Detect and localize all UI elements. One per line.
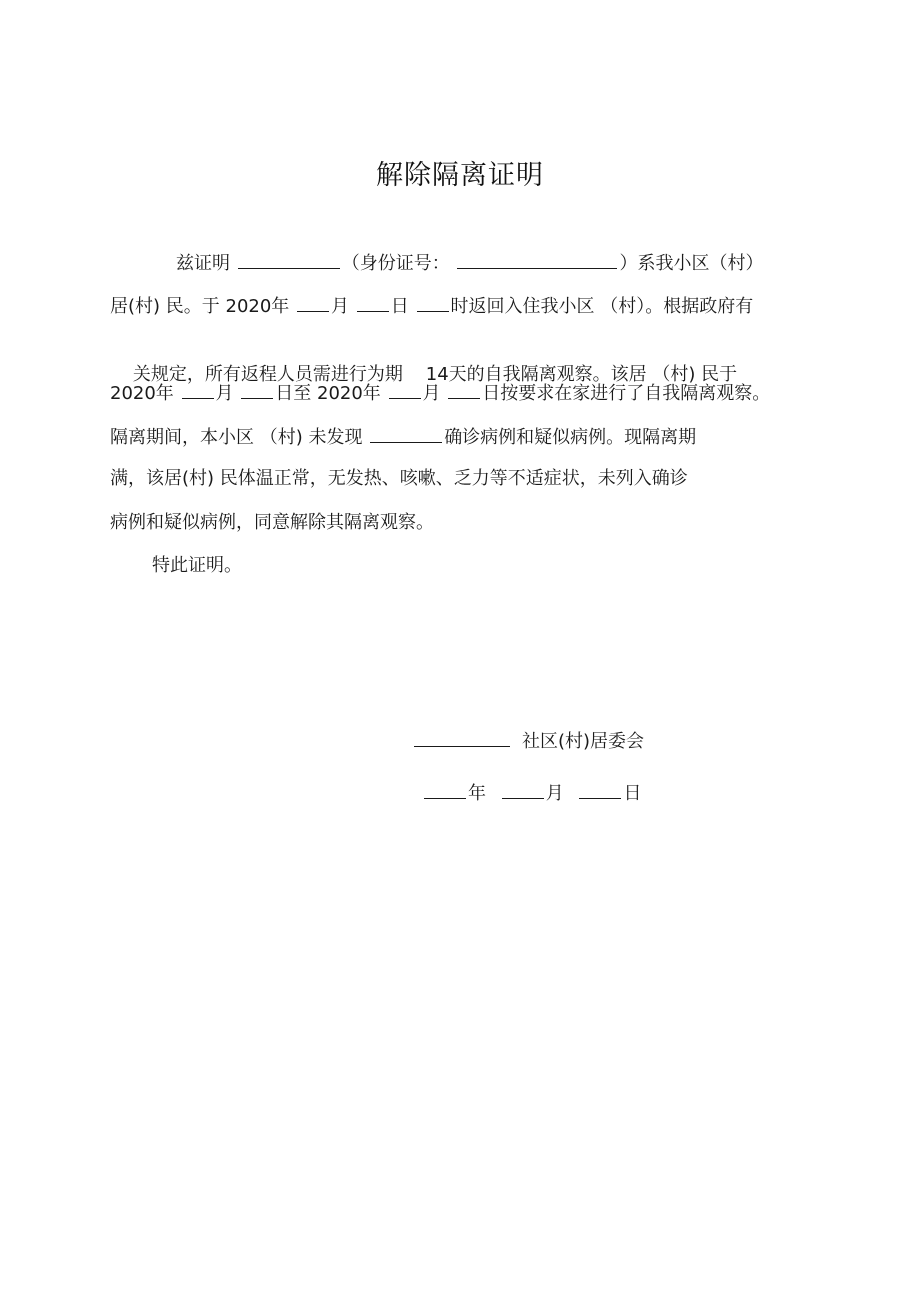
body-text: 确诊病例和疑似病例。现隔离期 [444,427,696,448]
body-text: ）系我小区（村） [619,253,763,274]
case-blank-field[interactable] [370,424,442,443]
body-text: 月 [423,383,447,404]
start-month-blank-field[interactable] [182,380,214,399]
date-month-label: 月 [546,783,564,804]
sign-month-blank-field[interactable] [502,780,544,799]
body-text: 居(村) 民。于 2020年 [110,296,295,317]
date-year-label: 年 [468,783,486,804]
body-line-5: 隔离期间，本小区 （村) 未发现 确诊病例和疑似病例。现隔离期 [110,424,696,451]
return-hour-blank-field[interactable] [417,293,449,312]
body-line-1: 兹证明 （身份证号： ）系我小区（村） [176,250,763,277]
body-text: 日 [391,296,415,317]
sign-year-blank-field[interactable] [424,780,466,799]
signature-date-line: 年 月 日 [422,780,641,807]
body-text: 隔离期间，本小区 （村) 未发现 [110,427,368,448]
body-text: 病例和疑似病例，同意解除其隔离观察。 [110,512,434,533]
body-text: 月 [331,296,355,317]
end-month-blank-field[interactable] [389,380,421,399]
body-text: 月 [216,383,240,404]
body-text: 2020年 [110,383,180,404]
end-day-blank-field[interactable] [448,380,480,399]
body-line-2: 居(村) 民。于 2020年 月 日 时返回入住我小区 （村）。根据政府有 [110,293,753,320]
return-day-blank-field[interactable] [357,293,389,312]
body-text: （身份证号： [342,253,456,274]
body-line-7: 病例和疑似病例，同意解除其隔离观察。 [110,510,434,536]
signature-org-suffix: 社区(村)居委会 [522,731,644,752]
start-day-blank-field[interactable] [241,380,273,399]
body-line-4: 2020年 月 日至 2020年 月 日按要求在家进行了自我隔离观察。 [110,380,770,407]
return-month-blank-field[interactable] [297,293,329,312]
document-title: 解除隔离证明 [0,156,920,196]
body-text: 日按要求在家进行了自我隔离观察。 [482,383,770,404]
id-number-blank-field[interactable] [457,250,617,269]
date-day-label: 日 [623,783,641,804]
body-text: 满，该居(村) 民体温正常，无发热、咳嗽、乏力等不适症状，未列入确诊 [110,468,688,489]
body-line-6: 满，该居(村) 民体温正常，无发热、咳嗽、乏力等不适症状，未列入确诊 [110,466,688,492]
sign-day-blank-field[interactable] [579,780,621,799]
signature-org-line: 社区(村)居委会 [412,728,644,755]
closing-text: 特此证明。 [152,553,242,579]
body-text: 兹证明 [176,253,236,274]
body-text: 时返回入住我小区 （村）。根据政府有 [451,296,754,317]
community-name-blank-field[interactable] [414,728,510,747]
body-text: 日至 2020年 [275,383,386,404]
document-page: 解除隔离证明 兹证明 （身份证号： ）系我小区（村） 居(村) 民。于 2020… [0,0,920,1303]
name-blank-field[interactable] [238,250,340,269]
